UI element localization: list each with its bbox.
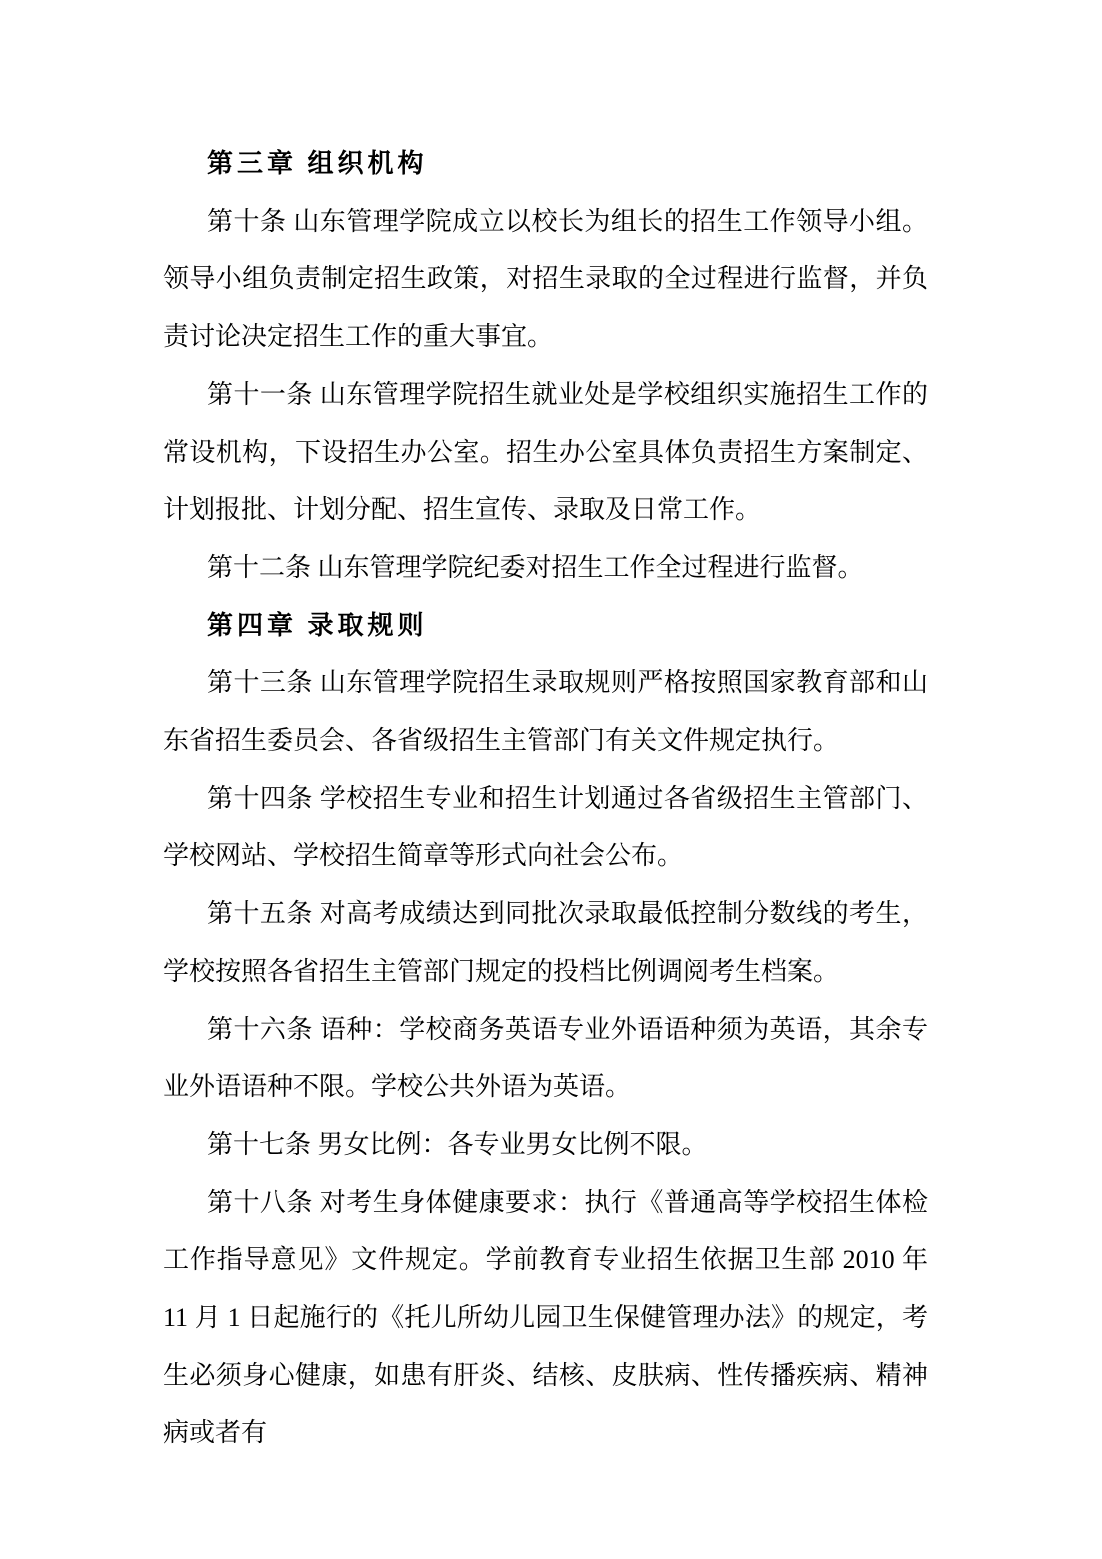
article-paragraph: 第十二条 山东管理学院纪委对招生工作全过程进行监督。 xyxy=(163,539,928,597)
document-text-block: 第三章 组织机构第十条 山东管理学院成立以校长为组长的招生工作领导小组。领导小组… xyxy=(163,135,928,1462)
article-paragraph: 第十五条 对高考成绩达到同批次录取最低控制分数线的考生，学校按照各省招生主管部门… xyxy=(163,885,928,1000)
chapter-heading: 第四章 录取规则 xyxy=(163,597,928,655)
document-page: 第三章 组织机构第十条 山东管理学院成立以校长为组长的招生工作领导小组。领导小组… xyxy=(0,0,1102,1559)
article-paragraph: 第十四条 学校招生专业和招生计划通过各省级招生主管部门、学校网站、学校招生简章等… xyxy=(163,770,928,885)
article-paragraph: 第十条 山东管理学院成立以校长为组长的招生工作领导小组。领导小组负责制定招生政策… xyxy=(163,193,928,366)
article-paragraph: 第十八条 对考生身体健康要求：执行《普通高等学校招生体检工作指导意见》文件规定。… xyxy=(163,1174,928,1463)
article-paragraph: 第十七条 男女比例：各专业男女比例不限。 xyxy=(163,1116,928,1174)
article-paragraph: 第十六条 语种：学校商务英语专业外语语种须为英语，其余专业外语语种不限。学校公共… xyxy=(163,1001,928,1116)
chapter-heading: 第三章 组织机构 xyxy=(163,135,928,193)
article-paragraph: 第十一条 山东管理学院招生就业处是学校组织实施招生工作的常设机构，下设招生办公室… xyxy=(163,366,928,539)
article-paragraph: 第十三条 山东管理学院招生录取规则严格按照国家教育部和山东省招生委员会、各省级招… xyxy=(163,654,928,769)
